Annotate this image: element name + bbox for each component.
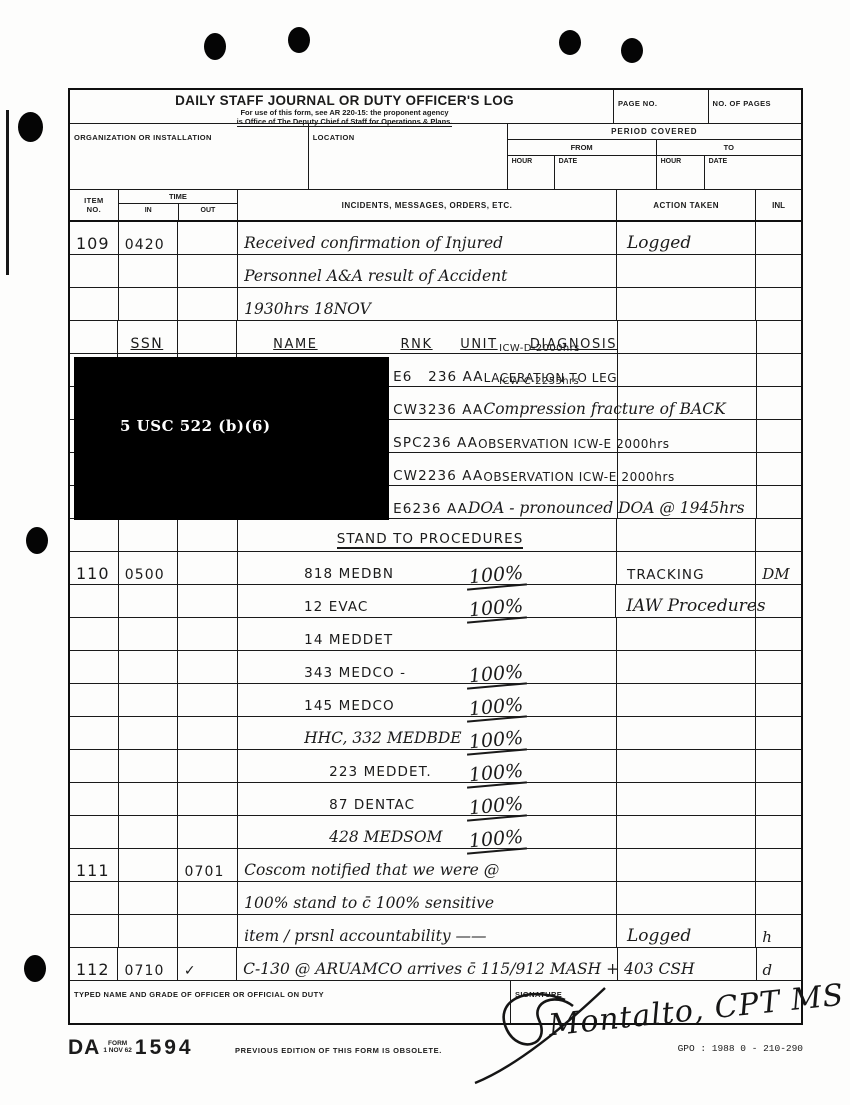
toner-dot — [559, 30, 581, 55]
log-row: 145 MEDCO100% — [70, 684, 801, 717]
log-row: 343 MEDCO -100% — [70, 651, 801, 684]
time-in-cell — [119, 783, 179, 815]
time-out-cell — [178, 519, 238, 551]
time-header: TIME IN OUT — [119, 190, 238, 220]
log-rows: 1090420Received confirmation of InjuredL… — [70, 222, 801, 981]
action-cell: IAW Procedures — [616, 585, 756, 617]
log-row: 1120710✓C-130 @ ARUAMCO arrives c̄ 115/9… — [70, 948, 801, 981]
action-cell — [618, 453, 756, 485]
time-out-cell — [178, 651, 238, 683]
inl-cell — [756, 651, 801, 683]
inl-cell: h — [756, 915, 801, 947]
log-row: 223 MEDDET.100% — [70, 750, 801, 783]
obsolete-note: PREVIOUS EDITION OF THIS FORM IS OBSOLET… — [235, 1046, 442, 1055]
item-cell: 110 — [70, 552, 119, 584]
item-cell — [70, 915, 119, 947]
location-field: LOCATION — [309, 124, 508, 189]
log-row: 14 MEDDET — [70, 618, 801, 651]
time-in-cell — [119, 519, 179, 551]
casualty-unit: 236 AA — [423, 435, 479, 451]
time-in-cell-value: SSN — [130, 336, 163, 352]
inl-cell — [757, 453, 802, 485]
form-info-band: ORGANIZATION OR INSTALLATION LOCATION PE… — [70, 124, 801, 190]
casualty-rank: CW2 — [393, 468, 428, 484]
log-row: 428 MEDSOM100% — [70, 816, 801, 849]
incidents-cell: 14 MEDDET — [238, 618, 617, 650]
item-cell — [70, 882, 119, 914]
redaction-citation: 5 USC 522 (b)(6) — [120, 417, 271, 435]
action-cell-value: Logged — [627, 926, 691, 946]
time-out-cell — [178, 717, 238, 749]
time-in-cell: 0500 — [119, 552, 179, 584]
log-column-headers: ITEM NO. TIME IN OUT INCIDENTS, MESSAGES… — [70, 190, 801, 222]
casualty-unit: 236 AA — [428, 402, 484, 418]
log-row: 100% stand to c̄ 100% sensitive — [70, 882, 801, 915]
inl-cell — [756, 849, 801, 881]
action-cell-value: Logged — [627, 233, 691, 253]
incidents-cell: 428 MEDSOM100% — [238, 816, 617, 848]
location-label: LOCATION — [313, 133, 355, 142]
inl-cell — [757, 486, 802, 518]
no-of-pages-field: NO. OF PAGES — [709, 90, 802, 123]
time-in-cell — [119, 288, 179, 320]
time-in-cell-value: 0420 — [125, 237, 165, 253]
entry-text: 818 MEDBN — [304, 566, 394, 582]
log-row: 1930hrs 18NOV — [70, 288, 801, 321]
da-label: DA — [68, 1036, 100, 1059]
time-in-cell — [119, 849, 179, 881]
action-cell — [618, 354, 756, 386]
log-row: 1100500818 MEDBN100%TRACKINGDM — [70, 552, 801, 585]
action-cell — [617, 618, 756, 650]
casualty-note: ICW-C-2255hrs — [499, 376, 579, 387]
time-in-cell: 0420 — [119, 222, 179, 254]
incidents-cell: 818 MEDBN100% — [238, 552, 617, 584]
hole-punch — [24, 955, 46, 982]
incidents-cell: Personnel A&A result of Accident — [238, 255, 617, 287]
casualty-rank: SPC — [393, 435, 422, 451]
item-cell — [70, 684, 119, 716]
inl-cell: DM — [756, 552, 801, 584]
page-no-field: PAGE NO. — [614, 90, 709, 123]
time-in-cell — [119, 882, 179, 914]
entry-text: Coscom notified that we were @ — [244, 861, 499, 879]
inl-cell — [756, 882, 801, 914]
time-out-cell — [178, 618, 238, 650]
entry-text: Received confirmation of Injured — [244, 234, 503, 252]
entry-text: 87 DENTAC — [329, 797, 415, 813]
action-cell — [618, 948, 756, 980]
from-date-field: DATE — [555, 156, 657, 189]
action-taken-header: ACTION TAKEN — [617, 190, 756, 220]
time-in-cell-value: 0710 — [124, 963, 164, 979]
entry-text: Personnel A&A result of Accident — [244, 267, 507, 285]
casualty-rank: E6 — [393, 369, 428, 385]
toner-dot — [621, 38, 643, 63]
action-cell — [617, 849, 756, 881]
action-cell — [618, 387, 756, 419]
action-cell-value: IAW Procedures — [626, 596, 765, 616]
incidents-cell: 87 DENTAC100% — [238, 783, 617, 815]
action-cell — [617, 783, 756, 815]
time-out-cell — [178, 684, 238, 716]
time-in-cell: 0710 — [118, 948, 177, 980]
time-out-cell — [178, 882, 238, 914]
item-no-header: ITEM NO. — [70, 190, 119, 220]
inl-cell — [756, 783, 801, 815]
inl-cell — [756, 750, 801, 782]
incidents-cell: 145 MEDCO100% — [238, 684, 617, 716]
time-out-cell: 0701 — [178, 849, 238, 881]
period-from-to-row: FROM TO — [508, 140, 801, 156]
scan-edge-line — [6, 110, 9, 275]
hole-punch — [18, 112, 43, 142]
organization-field: ORGANIZATION OR INSTALLATION — [70, 124, 309, 189]
incidents-cell: 100% stand to c̄ 100% sensitive — [238, 882, 617, 914]
inl-cell-value: d — [763, 961, 773, 979]
action-cell-value: TRACKING — [627, 567, 705, 583]
time-in-cell — [119, 684, 179, 716]
page-no-label: PAGE NO. — [618, 99, 657, 108]
inl-cell — [756, 618, 801, 650]
item-cell — [70, 783, 119, 815]
casualty-unit: 236 AA — [428, 369, 484, 385]
casualty-unit: 236 AA — [412, 501, 468, 517]
time-out-cell — [178, 585, 238, 617]
inl-cell — [756, 519, 801, 551]
time-out-cell — [178, 750, 238, 782]
time-in-cell — [119, 618, 179, 650]
entry-text: STAND TO PROCEDURES — [337, 531, 524, 549]
casualty-column-header: NAME — [273, 337, 400, 352]
incidents-cell: 1930hrs 18NOV — [238, 288, 617, 320]
item-cell-value: 111 — [76, 861, 110, 880]
typed-name-field: TYPED NAME AND GRADE OF OFFICER OR OFFIC… — [70, 981, 511, 1023]
incidents-cell: item / prsnl accountability —— — [238, 915, 617, 947]
form-title-band: DAILY STAFF JOURNAL OR DUTY OFFICER'S LO… — [70, 90, 801, 124]
title-block: DAILY STAFF JOURNAL OR DUTY OFFICER'S LO… — [70, 90, 614, 123]
inl-cell — [756, 288, 801, 320]
entry-text: HHC, 332 MEDBDE — [304, 729, 461, 747]
item-cell: 112 — [70, 948, 118, 980]
period-covered-block: PERIOD COVERED FROM TO HOUR DATE HOUR DA… — [508, 124, 801, 189]
inl-cell — [757, 321, 802, 353]
entry-text: 343 MEDCO - — [304, 665, 406, 681]
inl-cell — [756, 684, 801, 716]
action-cell — [617, 816, 756, 848]
item-cell-value: 112 — [76, 960, 110, 979]
inl-cell — [757, 354, 802, 386]
inl-cell — [756, 816, 801, 848]
toner-dot — [204, 33, 226, 60]
organization-label: ORGANIZATION OR INSTALLATION — [74, 133, 212, 142]
time-out-cell-value: ✓ — [184, 963, 197, 979]
typed-name-label: TYPED NAME AND GRADE OF OFFICER OR OFFIC… — [74, 990, 324, 999]
item-cell — [70, 618, 119, 650]
time-in-cell: SSN — [118, 321, 177, 353]
action-cell — [618, 420, 756, 452]
period-covered-label: PERIOD COVERED — [508, 124, 801, 140]
to-label: TO — [657, 140, 801, 155]
log-row: 1110701Coscom notified that we were @ — [70, 849, 801, 882]
entry-text: 145 MEDCO — [304, 698, 395, 714]
item-cell-value: 109 — [76, 234, 110, 253]
form-date: 1 NOV 62 — [103, 1047, 132, 1054]
inl-cell — [756, 717, 801, 749]
hour-date-row: HOUR DATE HOUR DATE — [508, 156, 801, 189]
inl-cell — [757, 387, 802, 419]
time-out-cell — [178, 255, 238, 287]
inl-cell — [757, 420, 802, 452]
log-row: HHC, 332 MEDBDE100% — [70, 717, 801, 750]
entry-text: item / prsnl accountability —— — [244, 927, 486, 945]
time-in-cell — [119, 915, 179, 947]
item-cell — [70, 651, 119, 683]
time-out-label: OUT — [179, 204, 237, 220]
inl-cell — [756, 585, 801, 617]
entry-text: 100% stand to c̄ 100% sensitive — [244, 894, 494, 912]
action-cell — [618, 486, 756, 518]
incidents-cell: C-130 @ ARUAMCO arrives c̄ 115/912 MASH … — [237, 948, 618, 980]
from-hour-field: HOUR — [508, 156, 555, 189]
time-out-cell — [178, 552, 238, 584]
action-cell: TRACKING — [617, 552, 756, 584]
to-hour-field: HOUR — [657, 156, 705, 189]
incidents-cell: HHC, 332 MEDBDE100% — [238, 717, 617, 749]
item-cell — [70, 585, 119, 617]
form-number: 1594 — [135, 1036, 194, 1059]
time-in-cell-value: 0500 — [125, 567, 165, 583]
item-cell — [70, 288, 119, 320]
entry-text: 428 MEDSOM — [329, 828, 442, 846]
item-cell-value: 110 — [76, 564, 110, 583]
time-in-cell — [119, 585, 179, 617]
no-of-pages-label: NO. OF PAGES — [713, 99, 771, 108]
action-cell — [617, 750, 756, 782]
time-in-cell — [119, 255, 179, 287]
incidents-cell: STAND TO PROCEDURES — [238, 519, 617, 551]
time-in-label: IN — [119, 204, 179, 220]
action-cell — [617, 882, 756, 914]
time-label: TIME — [119, 190, 237, 204]
action-cell: Logged — [617, 915, 756, 947]
casualty-note: ICW-D-2000hrs — [499, 343, 580, 354]
scanned-page: { "form_header": { "title": "DAILY STAFF… — [0, 0, 850, 1105]
hole-punch — [26, 527, 48, 554]
action-cell — [617, 717, 756, 749]
inl-cell-value: DM — [762, 565, 789, 583]
incidents-cell: 223 MEDDET.100% — [238, 750, 617, 782]
entry-text: 14 MEDDET — [304, 632, 393, 648]
time-in-cell — [119, 717, 179, 749]
action-cell — [617, 519, 756, 551]
time-in-cell — [119, 750, 179, 782]
casualty-unit: 236 AA — [428, 468, 484, 484]
log-row: 12 EVAC100%IAW Procedures — [70, 585, 801, 618]
action-cell — [617, 684, 756, 716]
time-out-cell — [178, 783, 238, 815]
time-in-cell — [119, 816, 179, 848]
item-cell — [70, 255, 119, 287]
action-cell — [617, 288, 756, 320]
form-subtitle-1: For use of this form, see AR 220-15: the… — [76, 108, 613, 117]
incidents-header: INCIDENTS, MESSAGES, ORDERS, ETC. — [238, 190, 617, 220]
time-out-cell — [178, 816, 238, 848]
item-cell: 109 — [70, 222, 119, 254]
action-cell — [617, 651, 756, 683]
from-label: FROM — [508, 140, 657, 155]
incidents-cell: 343 MEDCO -100% — [238, 651, 617, 683]
item-cell — [70, 750, 119, 782]
incidents-cell: Coscom notified that we were @ — [238, 849, 617, 881]
time-out-cell-value: 0701 — [184, 864, 224, 880]
form-word: FORM — [103, 1040, 132, 1047]
action-cell: Logged — [617, 222, 756, 254]
casualty-rank: CW3 — [393, 402, 428, 418]
entry-text: 12 EVAC — [304, 599, 369, 615]
casualty-column-header: RNK — [401, 337, 461, 352]
da-form-1594: DAILY STAFF JOURNAL OR DUTY OFFICER'S LO… — [68, 88, 803, 1025]
time-out-cell — [178, 321, 237, 353]
item-cell — [70, 321, 118, 353]
item-cell — [70, 816, 119, 848]
form-title: DAILY STAFF JOURNAL OR DUTY OFFICER'S LO… — [76, 93, 613, 108]
log-row: item / prsnl accountability ——Loggedh — [70, 915, 801, 948]
inl-cell-value: h — [762, 928, 772, 946]
toner-dot — [288, 27, 310, 53]
to-date-field: DATE — [705, 156, 801, 189]
log-row: 87 DENTAC100% — [70, 783, 801, 816]
item-cell — [70, 519, 119, 551]
action-cell — [618, 321, 756, 353]
inl-cell — [756, 255, 801, 287]
log-row: 1090420Received confirmation of InjuredL… — [70, 222, 801, 255]
time-out-cell — [178, 915, 238, 947]
time-out-cell — [178, 288, 238, 320]
incidents-cell: 12 EVAC100% — [238, 585, 616, 617]
inl-header: INL — [756, 190, 801, 220]
entry-text: 223 MEDDET. — [329, 764, 432, 780]
action-cell — [617, 255, 756, 287]
incidents-cell: Received confirmation of Injured — [238, 222, 617, 254]
casualty-rank: E6 — [393, 501, 412, 517]
log-row: Personnel A&A result of Accident — [70, 255, 801, 288]
time-out-cell: ✓ — [178, 948, 237, 980]
inl-cell — [756, 222, 801, 254]
item-cell — [70, 717, 119, 749]
entry-text: 1930hrs 18NOV — [244, 300, 371, 318]
log-row: SSNNAMERNKUNITDIAGNOSIS — [70, 321, 801, 354]
item-cell: 111 — [70, 849, 119, 881]
redaction-box: 5 USC 522 (b)(6) — [74, 357, 389, 520]
time-in-cell — [119, 651, 179, 683]
log-row: STAND TO PROCEDURES — [70, 519, 801, 552]
inl-cell: d — [757, 948, 802, 980]
time-out-cell — [178, 222, 238, 254]
